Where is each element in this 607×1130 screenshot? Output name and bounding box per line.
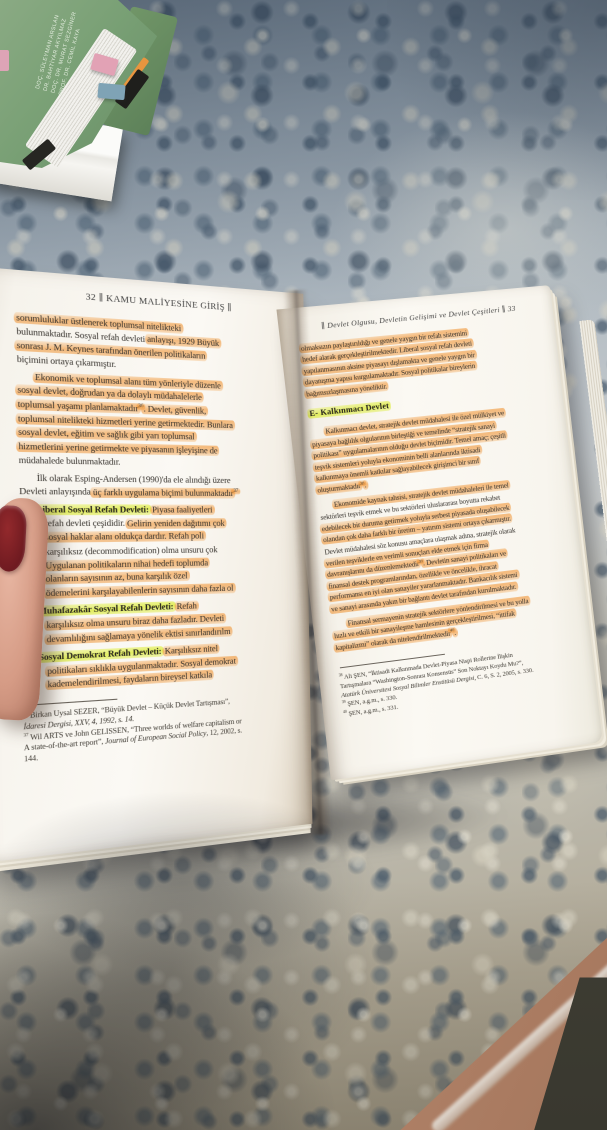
photo-of-open-book: DOÇ. SÜLEYMAN ARSLANDR. BAHTİYAR AKYILMA… <box>0 0 607 1130</box>
photographer-shadow <box>0 0 607 1130</box>
